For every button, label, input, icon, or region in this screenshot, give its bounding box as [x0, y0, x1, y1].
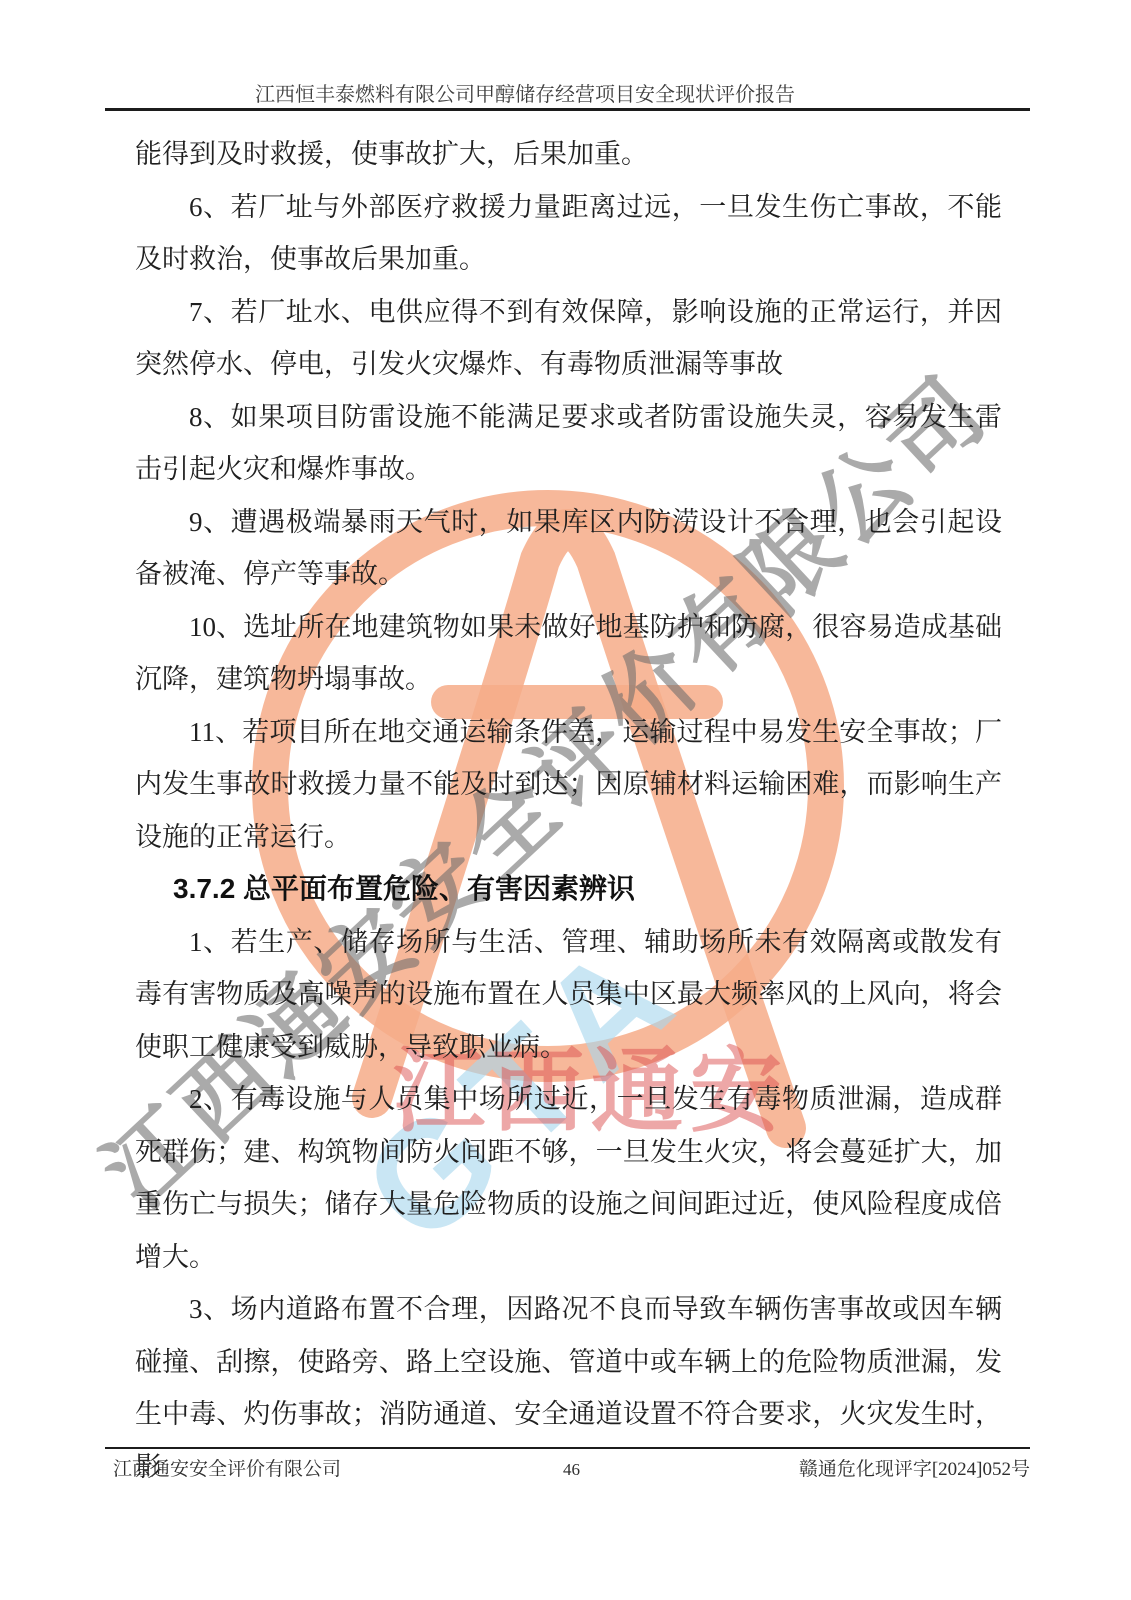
page-footer: 江西通安安全评价有限公司 46 赣通危化现评字[2024]052号: [113, 1454, 1030, 1481]
body-paragraph: 8、如果项目防雷设施不能满足要求或者防雷设施失灵，容易发生雷击引起火灾和爆炸事故…: [135, 391, 1002, 496]
page-header-title: 江西恒丰泰燃料有限公司甲醇储存经营项目安全现状评价报告: [100, 78, 950, 107]
header-rule: [105, 108, 1030, 111]
footer-document-number: 赣通危化现评字[2024]052号: [580, 1454, 1030, 1481]
body-paragraph: 6、若厂址与外部医疗救援力量距离过远，一旦发生伤亡事故，不能及时救治，使事故后果…: [135, 181, 1002, 286]
body-paragraph: 10、选址所在地建筑物如果未做好地基防护和防腐，很容易造成基础沉降，建筑物坍塌事…: [135, 601, 1002, 706]
page-number: 46: [563, 1460, 580, 1480]
footer-company-name: 江西通安安全评价有限公司: [113, 1454, 563, 1481]
body-content: 能得到及时救援，使事故扩大，后果加重。6、若厂址与外部医疗救援力量距离过远，一旦…: [135, 128, 1002, 1493]
body-paragraph: 1、若生产、储存场所与生活、管理、辅助场所未有效隔离或散发有毒有害物质及高噪声的…: [135, 916, 1002, 1074]
body-paragraph: 能得到及时救援，使事故扩大，后果加重。: [135, 128, 1002, 181]
body-paragraph: 7、若厂址水、电供应得不到有效保障，影响设施的正常运行，并因突然停水、停电，引发…: [135, 286, 1002, 391]
body-paragraph: 2、有毒设施与人员集中场所过近，一旦发生有毒物质泄漏，造成群死群伤；建、构筑物间…: [135, 1073, 1002, 1283]
body-paragraph: 11、若项目所在地交通运输条件差，运输过程中易发生安全事故；厂内发生事故时救援力…: [135, 706, 1002, 864]
body-paragraph: 9、遭遇极端暴雨天气时，如果库区内防涝设计不合理，也会引起设备被淹、停产等事故。: [135, 496, 1002, 601]
document-page: GTA 江西通安安全评价有限公司 江西通安 江西恒丰泰燃料有限公司甲醇储存经营项…: [0, 0, 1131, 1600]
section-heading: 3.7.2 总平面布置危险、有害因素辨识: [135, 863, 1002, 916]
footer-rule: [105, 1447, 1030, 1449]
